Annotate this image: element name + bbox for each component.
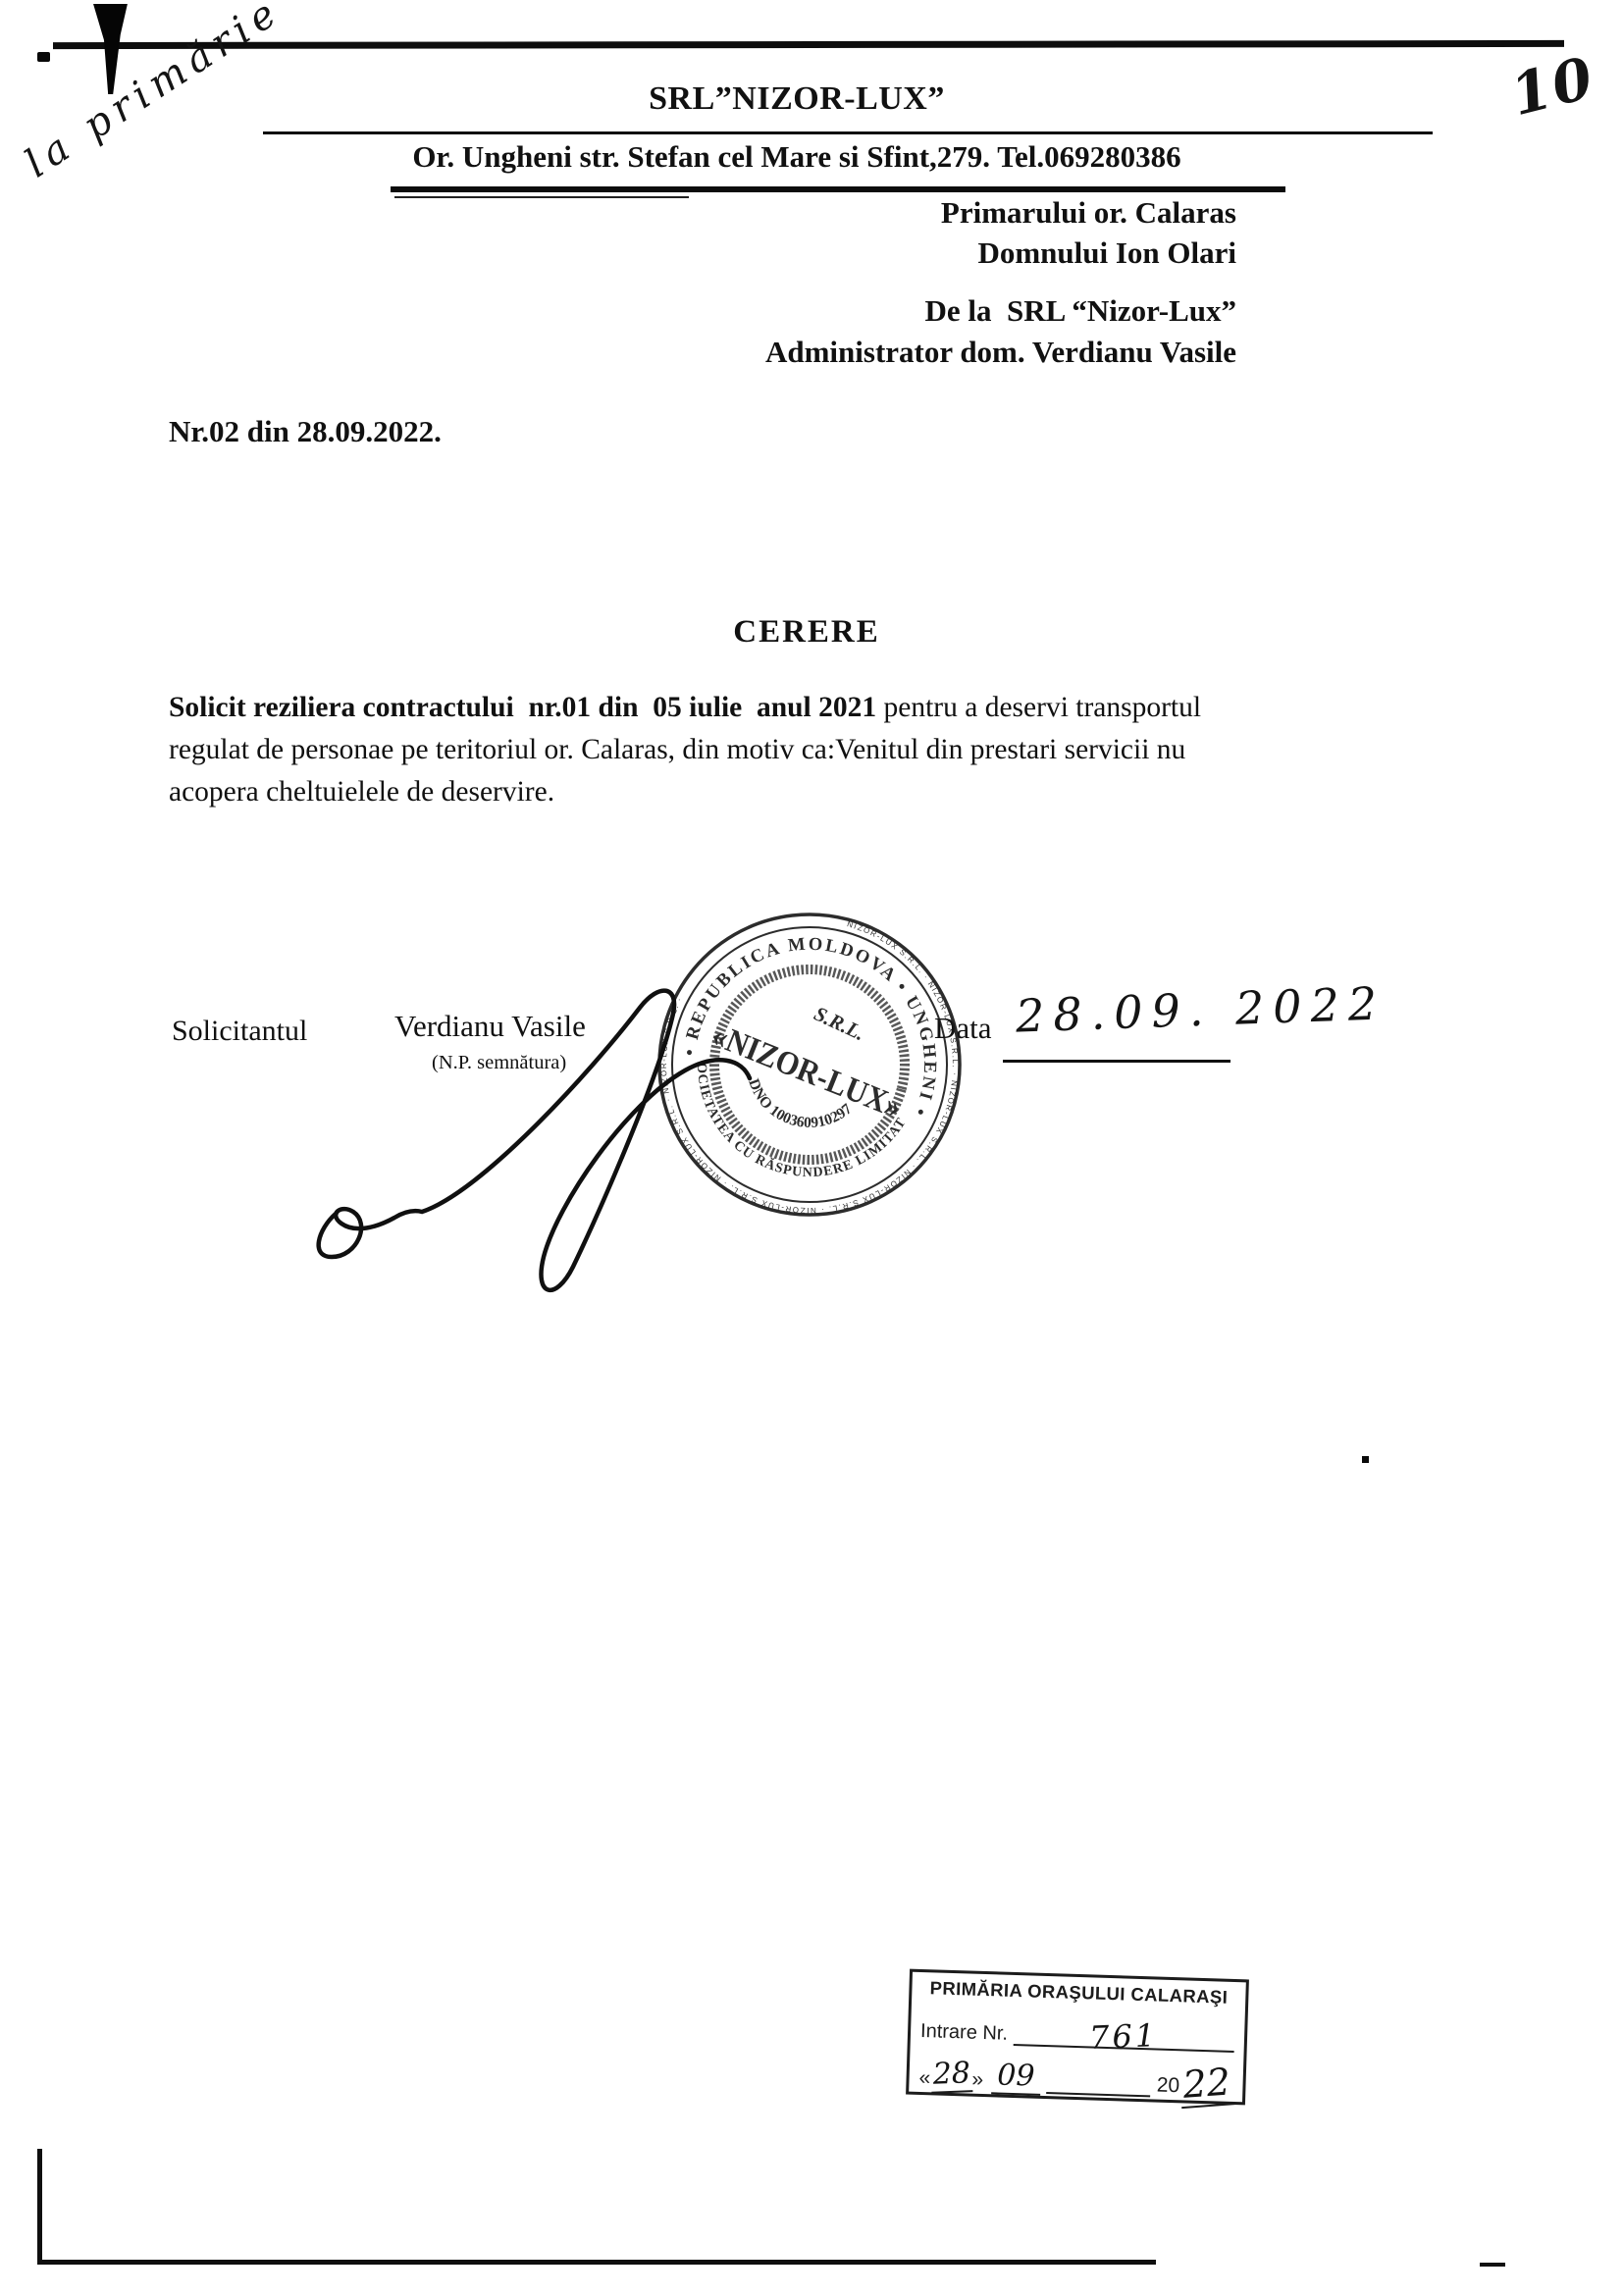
recipient-line-2: Domnului Ion Olari (550, 233, 1236, 273)
body-line-3: acopera cheltuielele de deservire. (169, 776, 554, 808)
body-line-1-bold: Solicit reziliera contractului nr.01 din… (169, 692, 876, 723)
header-divider-line (263, 131, 1433, 134)
body-paragraph: Solicit reziliera contractului nr.01 din… (169, 687, 1405, 813)
handwritten-month: 09 (991, 2058, 1041, 2096)
scan-speck (1362, 1456, 1369, 1463)
reference-number: Nr.02 din 28.09.2022. (169, 414, 442, 449)
date-underline (1003, 1060, 1230, 1063)
company-address: Or. Ungheni str. Stefan cel Mare si Sfin… (0, 139, 1594, 175)
scanned-document-page: la primărie 10 SRL”NIZOR-LUX” Or. Unghen… (0, 0, 1623, 2296)
handwritten-date: 28.09. 2022 (1015, 976, 1387, 1042)
sender-line-2: Administrator dom. Verdianu Vasile (550, 332, 1236, 373)
handwritten-year: 22 (1178, 2060, 1235, 2109)
signature-stroke (319, 991, 750, 1290)
scan-border-vertical (37, 2149, 42, 2263)
registry-stamp-title: PRIMĂRIA ORAŞULUI CALARAŞI (921, 1977, 1236, 2009)
handwritten-entry-number: 761 (1089, 2016, 1159, 2057)
registry-entry-stamp: PRIMĂRIA ORAŞULUI CALARAŞI Intrare Nr. 7… (906, 1969, 1249, 2106)
body-line-2: regulat de personae pe teritoriul or. Ca… (169, 734, 1185, 765)
sender-block: De la SRL “Nizor-Lux” Administrator dom.… (550, 290, 1236, 373)
applicant-label: Solicitantul (172, 1015, 307, 1048)
handwritten-day: 28 (930, 2056, 973, 2094)
registry-date-line (1046, 2072, 1151, 2097)
registry-entry-line: 761 (1014, 2010, 1235, 2053)
applicant-signature (294, 957, 864, 1320)
recipient-line-1: Primarului or. Calaras (550, 192, 1236, 233)
scan-border-dash (1480, 2263, 1505, 2267)
recipient-block: Primarului or. Calaras Domnului Ion Olar… (550, 192, 1236, 273)
scan-border-horizontal (37, 2260, 1156, 2265)
sender-line-1: De la SRL “Nizor-Lux” (550, 290, 1236, 332)
registry-quote-open: « (918, 2066, 930, 2090)
registry-entry-label: Intrare Nr. (920, 2020, 1009, 2046)
body-line-1-rest: pentru a deservi transportul (876, 692, 1201, 723)
scan-top-border-line (53, 40, 1564, 49)
document-title: CERERE (0, 614, 1613, 651)
registry-quote-close: » (971, 2068, 983, 2092)
registry-year-prefix: 20 (1156, 2074, 1179, 2099)
company-title: SRL”NIZOR-LUX” (0, 80, 1594, 118)
ink-dot-mark (37, 52, 50, 62)
